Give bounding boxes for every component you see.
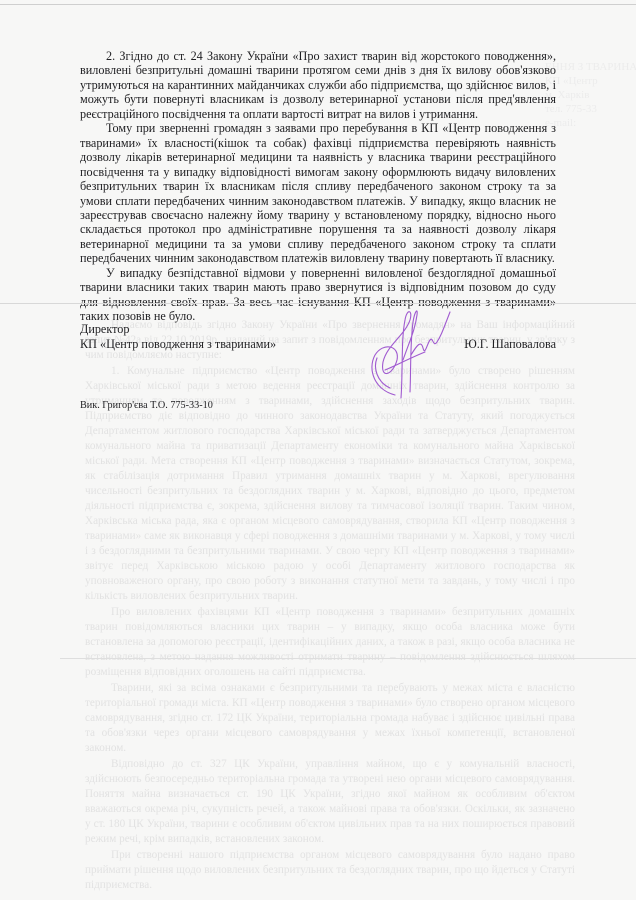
page-fold-line-lower bbox=[60, 658, 636, 659]
bleed-paragraph: При створенні нашого підприємства органо… bbox=[85, 848, 575, 893]
bleed-through-margin: ЕННЯ З ТВАРИНАМИ»КП «Центрм. Харківтел. … bbox=[545, 60, 636, 130]
signer-title: Директор bbox=[80, 322, 556, 337]
paragraph-court-claims: У випадку безпідставної відмови у поверн… bbox=[80, 266, 556, 324]
bleed-paragraph: Про виловлених фахівцями КП «Центр повод… bbox=[85, 605, 575, 680]
handwritten-signature-icon bbox=[355, 300, 465, 400]
signature-block: Директор КП «Центр поводження з тваринам… bbox=[80, 322, 556, 351]
executor-contact: Вик. Григор'єва Т.О. 775-33-10 bbox=[80, 400, 213, 411]
signer-name: Ю.Г. Шаповалова bbox=[464, 337, 556, 352]
paragraph-return-procedure: Тому при зверненні громадян з заявами пр… bbox=[80, 121, 556, 266]
page-top-edge bbox=[0, 4, 636, 5]
page-fold-line bbox=[0, 303, 636, 304]
bleed-paragraph: Тварини, які за всіма ознаками є безприт… bbox=[85, 681, 575, 756]
letter-body: 2. Згідно до ст. 24 Закону України «Про … bbox=[80, 49, 556, 324]
paragraph-law-reference: 2. Згідно до ст. 24 Закону України «Про … bbox=[80, 49, 556, 121]
bleed-paragraph: Відповідно до ст. 327 ЦК України, управл… bbox=[85, 757, 575, 847]
